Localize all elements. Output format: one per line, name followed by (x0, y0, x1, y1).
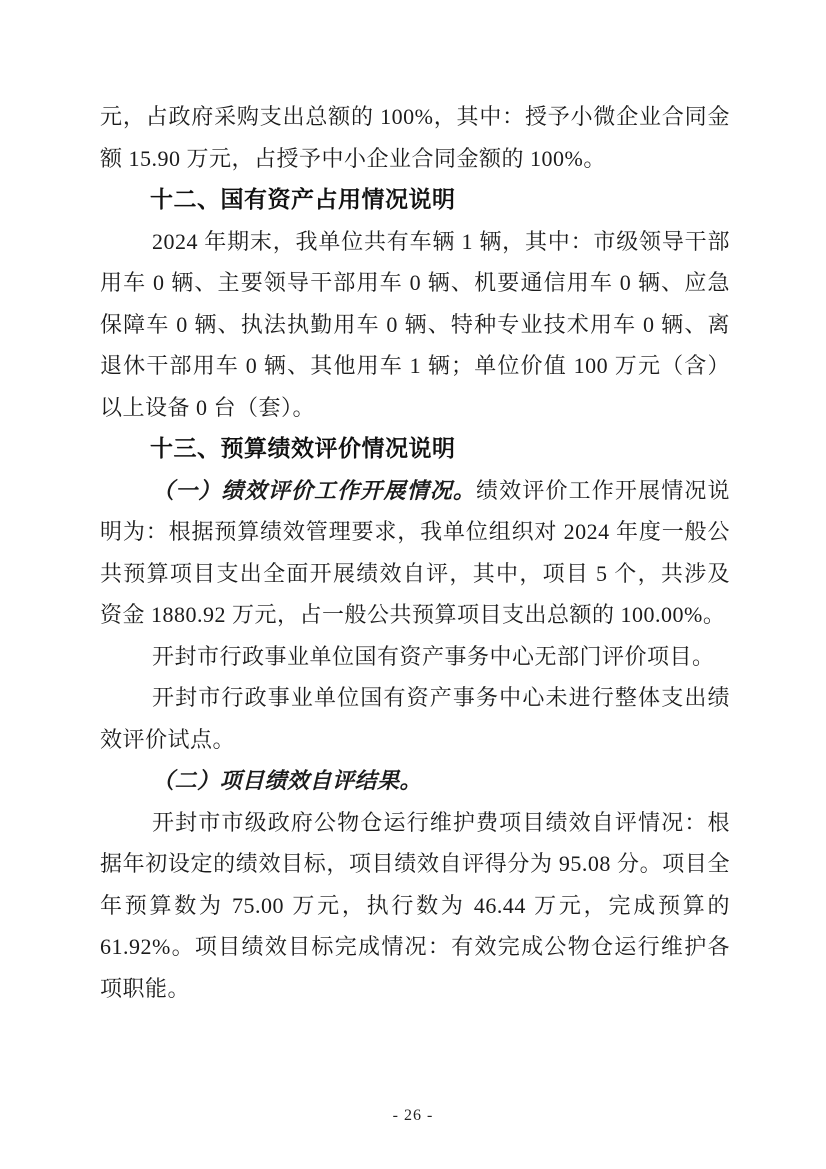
section-13-heading: 十三、预算绩效评价情况说明 (100, 428, 730, 470)
subsection-1-lead: （一）绩效评价工作开展情况。 (152, 478, 476, 503)
paragraph-project-self-eval: 开封市市级政府公物仓运行维护费项目绩效自评情况：根据年初设定的绩效目标，项目绩效… (100, 802, 730, 1010)
subsection-2-heading: （二）项目绩效自评结果。 (100, 760, 730, 802)
subsection-2-lead: （二）项目绩效自评结果。 (152, 768, 422, 793)
page-number: - 26 - (0, 1107, 826, 1125)
paragraph-performance-eval-overview: （一）绩效评价工作开展情况。绩效评价工作开展情况说明为：根据预算绩效管理要求，我… (100, 470, 730, 636)
paragraph-no-department-eval: 开封市行政事业单位国有资产事务中心无部门评价项目。 (100, 636, 730, 678)
paragraph-vehicle-usage: 2024 年期末，我单位共有车辆 1 辆，其中：市级领导干部用车 0 辆、主要领… (100, 221, 730, 429)
document-page: 元，占政府采购支出总额的 100%，其中：授予小微企业合同金额 15.90 万元… (0, 0, 826, 1169)
page-content: 元，占政府采购支出总额的 100%，其中：授予小微企业合同金额 15.90 万元… (100, 96, 730, 1009)
section-12-heading: 十二、国有资产占用情况说明 (100, 179, 730, 221)
paragraph-no-overall-eval: 开封市行政事业单位国有资产事务中心未进行整体支出绩效评价试点。 (100, 677, 730, 760)
paragraph-procurement-continuation: 元，占政府采购支出总额的 100%，其中：授予小微企业合同金额 15.90 万元… (100, 96, 730, 179)
